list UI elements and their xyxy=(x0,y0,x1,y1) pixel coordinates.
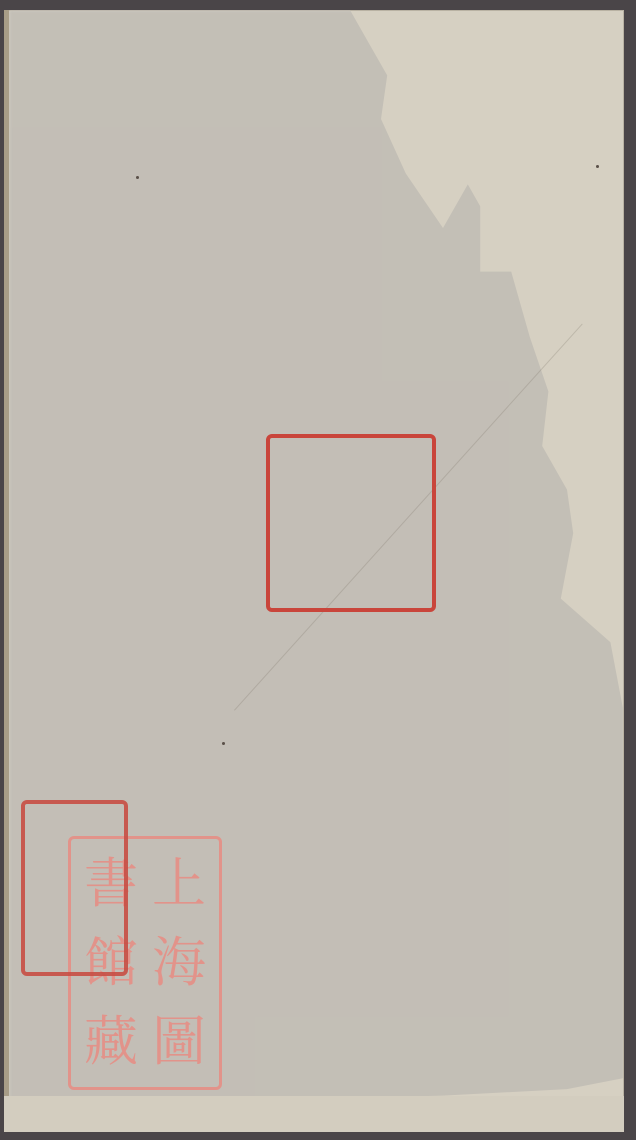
ink-speck xyxy=(222,742,225,745)
seal-char: 上 xyxy=(152,857,206,911)
seal-char: 海 xyxy=(152,936,206,990)
seal-column: 上 海 圖 xyxy=(152,845,206,1081)
bottom-margin xyxy=(4,1096,624,1132)
ink-speck xyxy=(136,176,139,179)
seal-char: 藏 xyxy=(84,1015,138,1069)
seal-small xyxy=(21,800,128,976)
seal-char: 圖 xyxy=(152,1015,206,1069)
seal-central xyxy=(266,434,436,612)
ink-speck xyxy=(596,165,599,168)
page-spine-edge xyxy=(4,10,9,1132)
book-page: 上 海 圖 書 館 藏 xyxy=(4,10,624,1132)
